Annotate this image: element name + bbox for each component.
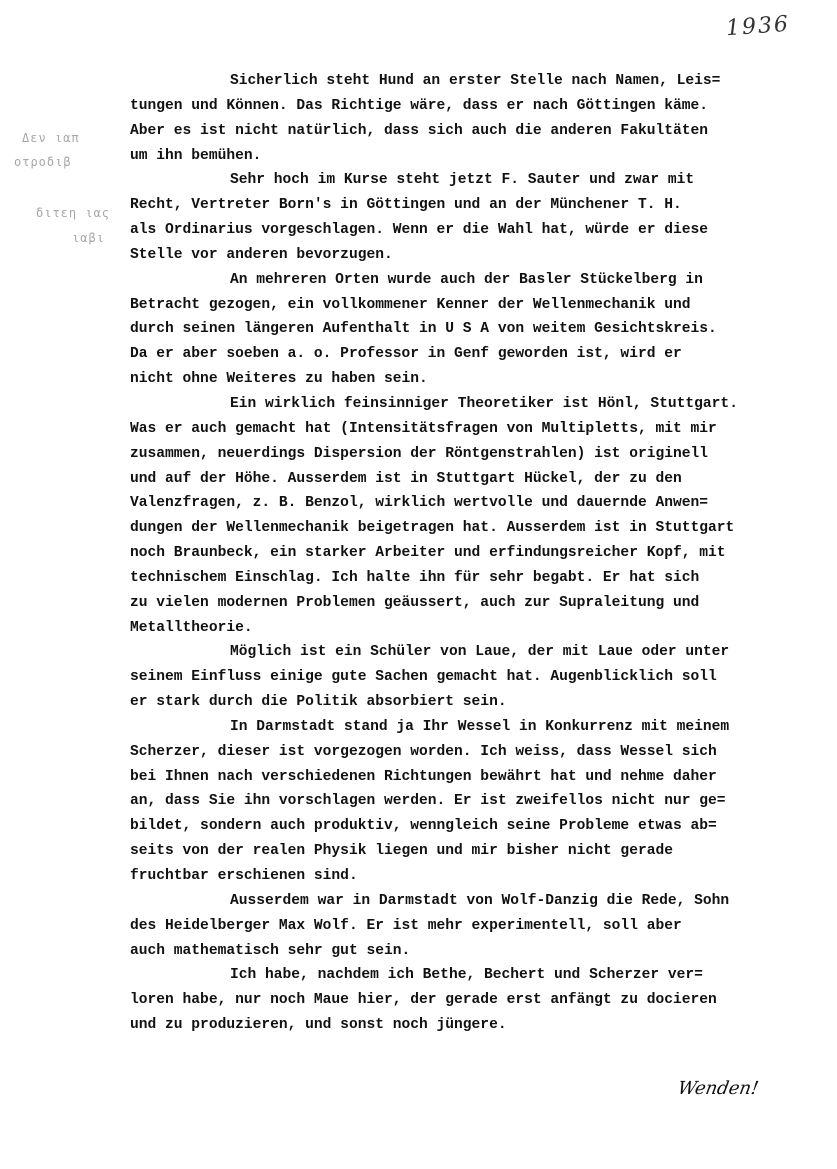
text-line: Ich habe, nachdem ich Bethe, Bechert und… <box>130 963 830 988</box>
text-line: Valenzfragen, z. B. Benzol, wirklich wer… <box>130 491 830 516</box>
margin-ghost-text: οτροδιβ <box>14 155 72 169</box>
text-line: er stark durch die Politik absorbiert se… <box>130 690 830 715</box>
text-line: und auf der Höhe. Ausserdem ist in Stutt… <box>130 467 830 492</box>
text-line: des Heidelberger Max Wolf. Er ist mehr e… <box>130 914 830 939</box>
text-line: und zu produzieren, und sonst noch jünge… <box>130 1013 830 1038</box>
text-line: Sicherlich steht Hund an erster Stelle n… <box>130 69 830 94</box>
handwritten-signature: Wenden! <box>676 1078 760 1099</box>
text-line: technischem Einschlag. Ich halte ihn für… <box>130 566 830 591</box>
text-line: Da er aber soeben a. o. Professor in Gen… <box>130 342 830 367</box>
text-line: bei Ihnen nach verschiedenen Richtungen … <box>130 765 830 790</box>
text-line: um ihn bemühen. <box>130 144 830 169</box>
text-line: fruchtbar erschienen sind. <box>130 864 830 889</box>
text-line: als Ordinarius vorgeschlagen. Wenn er di… <box>130 218 830 243</box>
text-line: Stelle vor anderen bevorzugen. <box>130 243 830 268</box>
text-line: Betracht gezogen, ein vollkommener Kenne… <box>130 293 830 318</box>
margin-ghost-text: ιαβι <box>72 231 105 245</box>
text-line: zusammen, neuerdings Dispersion der Rönt… <box>130 442 830 467</box>
text-line: Scherzer, dieser ist vorgezogen worden. … <box>130 740 830 765</box>
text-line: auch mathematisch sehr gut sein. <box>130 939 830 964</box>
margin-ghost-text: διτεη ιας <box>36 206 110 220</box>
text-line: Metalltheorie. <box>130 616 830 641</box>
text-line: loren habe, nur noch Maue hier, der gera… <box>130 988 830 1013</box>
text-line: Was er auch gemacht hat (Intensitätsfrag… <box>130 417 830 442</box>
text-line: Sehr hoch im Kurse steht jetzt F. Sauter… <box>130 168 830 193</box>
text-line: zu vielen modernen Problemen geäussert, … <box>130 591 830 616</box>
text-line: durch seinen längeren Aufenthalt in U S … <box>130 317 830 342</box>
margin-ghost-text: Δεν ιαπ <box>22 131 80 145</box>
text-line: seits von der realen Physik liegen und m… <box>130 839 830 864</box>
text-line: In Darmstadt stand ja Ihr Wessel in Konk… <box>130 715 830 740</box>
text-line: noch Braunbeck, ein starker Arbeiter und… <box>130 541 830 566</box>
text-line: An mehreren Orten wurde auch der Basler … <box>130 268 830 293</box>
text-line: Möglich ist ein Schüler von Laue, der mi… <box>130 640 830 665</box>
text-line: nicht ohne Weiteres zu haben sein. <box>130 367 830 392</box>
folio-number: 1936 <box>725 12 791 41</box>
text-line: seinem Einfluss einige gute Sachen gemac… <box>130 665 830 690</box>
document-page: 1936 Δεν ιαπ οτροδιβ διτεη ιας ιαβι Sich… <box>0 0 837 1169</box>
text-line: tungen und Können. Das Richtige wäre, da… <box>130 94 830 119</box>
text-line: Ausserdem war in Darmstadt von Wolf-Danz… <box>130 889 830 914</box>
text-line: Recht, Vertreter Born's in Göttingen und… <box>130 193 830 218</box>
text-line: bildet, sondern auch produktiv, wennglei… <box>130 814 830 839</box>
text-line: dungen der Wellenmechanik beigetragen ha… <box>130 516 830 541</box>
text-line: Aber es ist nicht natürlich, dass sich a… <box>130 119 830 144</box>
text-line: Ein wirklich feinsinniger Theoretiker is… <box>130 392 830 417</box>
text-line: an, dass Sie ihn vorschlagen werden. Er … <box>130 789 830 814</box>
letter-body: Sicherlich steht Hund an erster Stelle n… <box>130 69 830 1038</box>
